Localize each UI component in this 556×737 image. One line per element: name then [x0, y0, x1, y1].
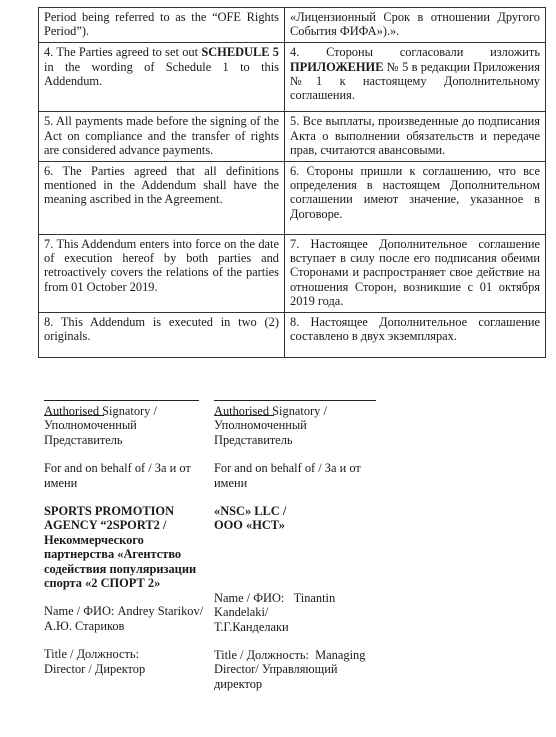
signatory-name: Name / ФИО: Tinantin Kandelaki/ Т.Г.Канд… — [214, 591, 382, 634]
bilingual-clauses-table: Period being referred to as the “OFE Rig… — [38, 7, 546, 358]
title-line: Title / Должность: Managing — [214, 648, 382, 662]
title-line: Title / Должность: — [44, 647, 204, 661]
signatory-title: Title / Должность: Director / Директор — [44, 647, 204, 676]
behalf-text: For and on behalf of / За и от — [214, 461, 382, 475]
clause-text: 4. The Parties agreed to set out — [44, 45, 201, 59]
clause-text: in the wording of Schedule 1 to this Add… — [44, 60, 279, 88]
clause-ru: 4. Стороны согласовали изложить ПРИЛОЖЕН… — [285, 43, 546, 112]
title-line: директор — [214, 677, 382, 691]
signature-line — [44, 400, 199, 402]
clause-ru: «Лицензионный Срок в отношении Другого С… — [285, 8, 546, 43]
title-line: Director / Директор — [44, 662, 204, 676]
table-row: 8. This Addendum is executed in two (2) … — [39, 313, 546, 358]
clause-en: 8. This Addendum is executed in two (2) … — [39, 313, 285, 358]
name-line: Name / ФИО: Tinantin — [214, 591, 382, 605]
role-ru: Уполномоченный — [214, 418, 382, 432]
clause-ru: 7. Настоящее Дополнительное соглашение в… — [285, 235, 546, 313]
party-line: спорта «2 СПОРТ 2» — [44, 576, 204, 590]
party-line: «NSC» LLC / — [214, 504, 382, 518]
clause-ru: 5. Все выплаты, произведенные до подписа… — [285, 112, 546, 162]
clause-en: 7. This Addendum enters into force on th… — [39, 235, 285, 313]
name-line: Kandelaki/ — [214, 605, 382, 619]
behalf-text: имени — [44, 476, 204, 490]
party-name: SPORTS PROMOTION AGENCY “2SPORT2 / Неком… — [44, 504, 204, 590]
clause-bold-text: SCHEDULE 5 — [201, 45, 279, 59]
party-line: Некоммерческого — [44, 533, 204, 547]
party-line: партнерства «Агентство — [44, 547, 204, 561]
clause-text: 4. Стороны согласовали изложить — [290, 45, 540, 59]
name-line: Name / ФИО: Andrey Starikov/ — [44, 604, 204, 618]
clause-ru: 6. Стороны пришли к соглашению, что все … — [285, 162, 546, 235]
table-row: 4. The Parties agreed to set out SCHEDUL… — [39, 43, 546, 112]
signature-block-right: Authorised Signatory / Уполномоченный Пр… — [214, 400, 382, 691]
signatory-title: Title / Должность: Managing Director/ Уп… — [214, 648, 382, 691]
clause-en: 6. The Parties agreed that all definitio… — [39, 162, 285, 235]
name-line: А.Ю. Стариков — [44, 619, 204, 633]
table-row: Period being referred to as the “OFE Rig… — [39, 8, 546, 43]
signature-line-short — [44, 415, 104, 417]
clause-en: Period being referred to as the “OFE Rig… — [39, 8, 285, 43]
on-behalf-of: For and on behalf of / За и от имени — [44, 461, 204, 490]
role-ru: Представитель — [214, 433, 382, 447]
behalf-text: For and on behalf of / За и от — [44, 461, 204, 475]
clause-ru: 8. Настоящее Дополнительное соглашение с… — [285, 313, 546, 358]
signatory-name: Name / ФИО: Andrey Starikov/ А.Ю. Старик… — [44, 604, 204, 633]
signature-line — [214, 400, 376, 402]
table-row: 7. This Addendum enters into force on th… — [39, 235, 546, 313]
role-ru: Уполномоченный — [44, 418, 204, 432]
role-ru: Представитель — [44, 433, 204, 447]
signature-line-short — [214, 415, 274, 417]
table-row: 5. All payments made before the signing … — [39, 112, 546, 162]
clause-en: 4. The Parties agreed to set out SCHEDUL… — [39, 43, 285, 112]
signatory-role: Authorised Signatory / Уполномоченный Пр… — [44, 404, 204, 447]
party-name: «NSC» LLC / ООО «НСТ» — [214, 504, 382, 533]
clause-en: 5. All payments made before the signing … — [39, 112, 285, 162]
clause-bold-text: ПРИЛОЖЕНИЕ — [290, 60, 383, 74]
party-line: содействия популяризации — [44, 562, 204, 576]
party-line: SPORTS PROMOTION — [44, 504, 204, 518]
party-line: ООО «НСТ» — [214, 518, 382, 532]
on-behalf-of: For and on behalf of / За и от имени — [214, 461, 382, 490]
table-row: 6. The Parties agreed that all definitio… — [39, 162, 546, 235]
party-line: AGENCY “2SPORT2 / — [44, 518, 204, 532]
signature-block-left: Authorised Signatory / Уполномоченный Пр… — [44, 400, 204, 676]
signatory-role: Authorised Signatory / Уполномоченный Пр… — [214, 404, 382, 447]
behalf-text: имени — [214, 476, 382, 490]
name-line: Т.Г.Канделаки — [214, 620, 382, 634]
title-line: Director/ Управляющий — [214, 662, 382, 676]
